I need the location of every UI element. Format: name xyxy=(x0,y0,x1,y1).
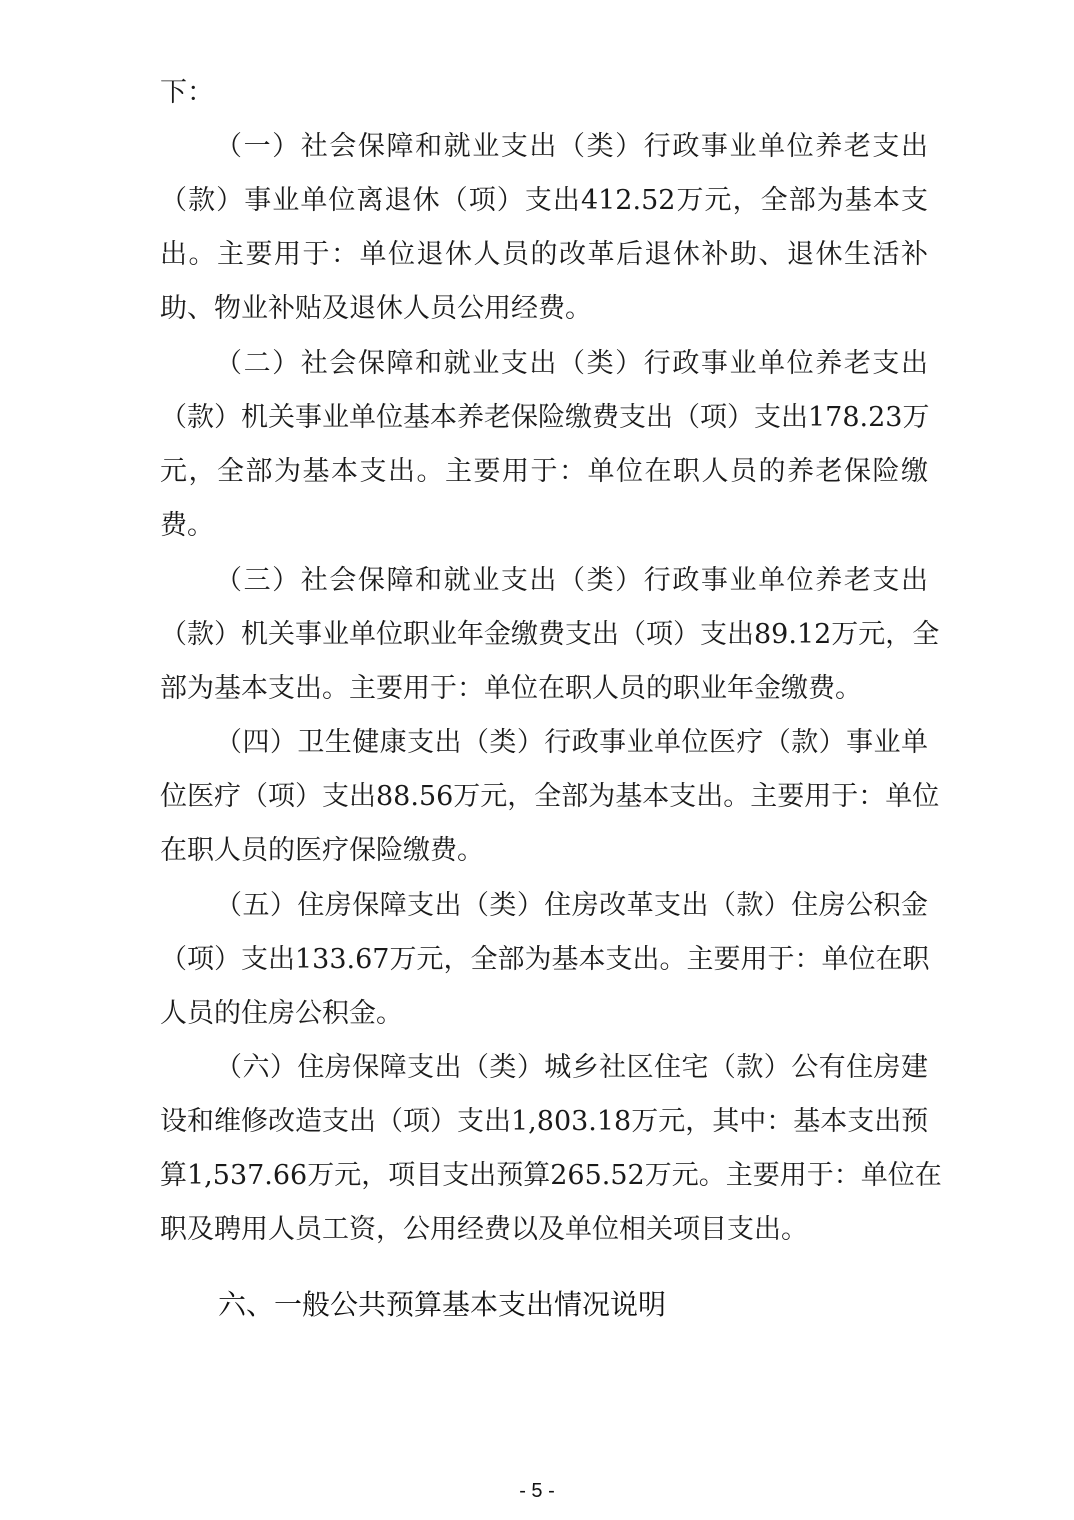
item-2-line-1: （二）社会保障和就业支出（类）行政事业单位养老支出 xyxy=(215,337,928,391)
item-4-line-3: 在职人员的医疗保险缴费。 xyxy=(160,824,928,878)
item-6-line-2: 设和维修改造支出（项）支出1,803.18万元，其中：基本支出预 xyxy=(160,1095,928,1149)
item-3-line-3: 部为基本支出。主要用于：单位在职人员的职业年金缴费。 xyxy=(160,662,928,716)
item-4-line-2: 位医疗（项）支出88.56万元，全部为基本支出。主要用于：单位 xyxy=(160,770,928,824)
item-5-line-1: （五）住房保障支出（类）住房改革支出（款）住房公积金 xyxy=(215,879,928,933)
item-1-line-1: （一）社会保障和就业支出（类）行政事业单位养老支出 xyxy=(215,120,928,174)
item-5-line-3: 人员的住房公积金。 xyxy=(160,987,928,1041)
item-6-line-1: （六）住房保障支出（类）城乡社区住宅（款）公有住房建 xyxy=(215,1041,928,1095)
continuation-line: 下： xyxy=(160,66,928,120)
item-1-line-4: 助、物业补贴及退休人员公用经费。 xyxy=(160,282,928,336)
item-5-line-2: （项）支出133.67万元，全部为基本支出。主要用于：单位在职 xyxy=(160,933,928,987)
item-3-line-1: （三）社会保障和就业支出（类）行政事业单位养老支出 xyxy=(215,554,928,608)
item-2-line-4: 费。 xyxy=(160,499,928,553)
item-1-line-3: 出。主要用于：单位退休人员的改革后退休补助、退休生活补 xyxy=(160,228,928,282)
item-1-line-2: （款）事业单位离退休（项）支出412.52万元，全部为基本支 xyxy=(160,174,928,228)
item-4-line-1: （四）卫生健康支出（类）行政事业单位医疗（款）事业单 xyxy=(215,716,928,770)
item-2-line-2: （款）机关事业单位基本养老保险缴费支出（项）支出178.23万 xyxy=(160,391,928,445)
item-6-line-3: 算1,537.66万元，项目支出预算265.52万元。主要用于：单位在 xyxy=(160,1149,928,1203)
page-number: - 5 - xyxy=(0,1477,1074,1505)
item-3-line-2: （款）机关事业单位职业年金缴费支出（项）支出89.12万元，全 xyxy=(160,608,928,662)
item-6-line-4: 职及聘用人员工资，公用经费以及单位相关项目支出。 xyxy=(160,1203,928,1257)
section-heading: 六、一般公共预算基本支出情况说明 xyxy=(218,1283,666,1327)
item-2-line-3: 元，全部为基本支出。主要用于：单位在职人员的养老保险缴 xyxy=(160,445,928,499)
